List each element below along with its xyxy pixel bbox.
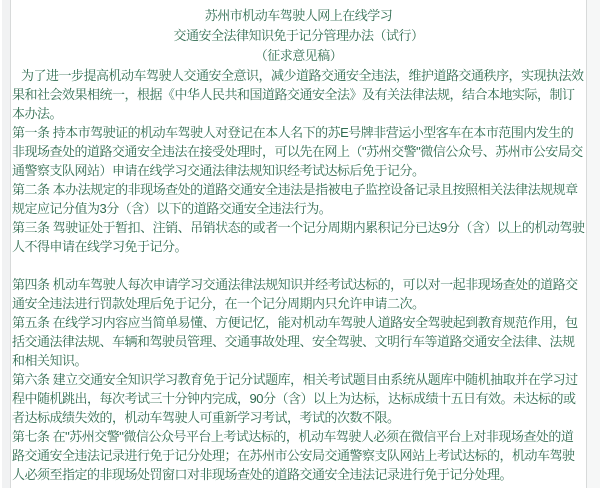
right-gutter [587, 0, 600, 488]
paragraph-article-1: 第一条 持本市驾驶证的机动车驾驶人对登记在本人名下的苏E号牌非营运小型客车在本市… [12, 123, 585, 180]
paragraph-article-2: 第二条 本办法规定的非现场查处的道路交通安全违法是指被电子监控设备记录且按照相关… [12, 180, 585, 218]
page: { "colors": { "text_green": "#2f6b50", "… [0, 0, 600, 488]
paragraph-article-3: 第三条 驾驶证处于暂扣、注销、吊销状态的或者一个记分周期内累积记分已达9分（含）… [12, 218, 585, 256]
content-left-border [10, 0, 11, 488]
document-content: 苏州市机动车驾驶人网上在线学习 交通安全法律知识免于记分管理办法（试行） （征求… [12, 0, 585, 484]
document-title-line-1: 苏州市机动车驾驶人网上在线学习 [12, 6, 585, 26]
paragraph-article-5: 第五条 在线学习内容应当简单易懂、方便记忆，能对机动车驾驶人道路安全驾驶起到教育… [12, 313, 585, 370]
document-title-line-2: 交通安全法律知识免于记分管理办法（试行） [12, 26, 585, 46]
paragraph-intro: 为了进一步提高机动车驾驶人交通安全意识，减少道路交通安全违法，维护道路交通秩序，… [12, 66, 585, 123]
paragraph-article-4: 第四条 机动车驾驶人每次申请学习交通法律法规知识并经考试达标的，可以对一起非现场… [12, 275, 585, 313]
paragraph-article-7: 第七条 在"苏州交警"微信公众号平台上考试达标的，机动车驾驶人必须在微信平台上对… [12, 427, 585, 484]
paragraph-article-6: 第六条 建立交通安全知识学习教育免于记分试题库，相关考试题目由系统从题库中随机抽… [12, 370, 585, 427]
left-gutter [2, 0, 10, 488]
page-title: 苏州市机动车驾驶人网上在线学习 交通安全法律知识免于记分管理办法（试行） （征求… [12, 0, 585, 66]
document-subtitle: （征求意见稿） [12, 46, 585, 66]
